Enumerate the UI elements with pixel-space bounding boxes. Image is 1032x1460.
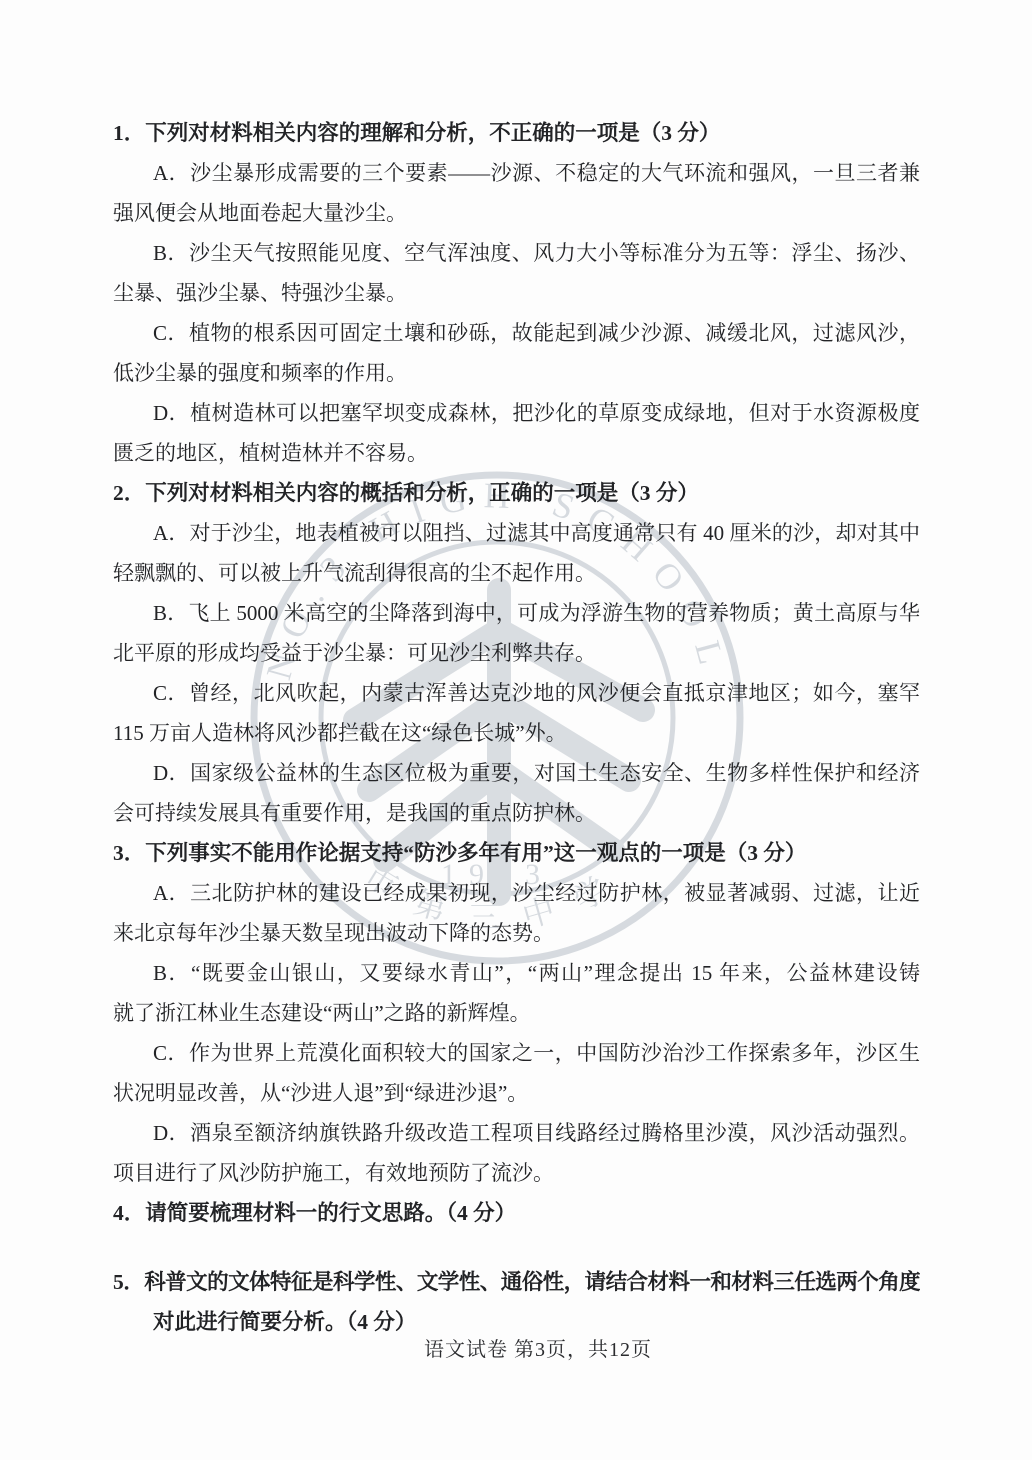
option-line: A．沙尘暴形成需要的三个要素——沙源、不稳定的大气环流和强风，一旦三者兼具， — [113, 153, 920, 193]
continuation-line: 就了浙江林业生态建设“两山”之路的新辉煌。 — [113, 993, 920, 1033]
continuation-line: 会可持续发展具有重要作用，是我国的重点防护林。 — [113, 793, 920, 833]
option-line: C．植物的根系因可固定土壤和砂砾，故能起到减少沙源、减缓北风，过滤风沙，降 — [113, 313, 920, 353]
option-line: C．曾经，北风吹起，内蒙古浑善达克沙地的风沙便会直抵京津地区；如今，塞罕坝 — [113, 673, 920, 713]
question-stem-line: 对此进行简要分析。（4 分） — [113, 1302, 920, 1342]
question-stem-line: 3．下列事实不能用作论据支持“防沙多年有用”这一观点的一项是（3 分） — [113, 833, 920, 873]
option-line: B．“既要金山银山，又要绿水青山”，“两山”理念提出 15 年来，公益林建设铸 — [113, 953, 920, 993]
continuation-line: 北平原的形成均受益于沙尘暴：可见沙尘利弊共存。 — [113, 633, 920, 673]
question-stem-line: 5．科普文的文体特征是科学性、文学性、通俗性，请结合材料一和材料三任选两个角度 — [113, 1262, 920, 1302]
continuation-line: 匮乏的地区，植树造林并不容易。 — [113, 433, 920, 473]
continuation-line: 项目进行了风沙防护施工，有效地预防了流沙。 — [113, 1153, 920, 1193]
option-line: B．沙尘天气按照能见度、空气浑浊度、风力大小等标准分为五等：浮尘、扬沙、沙 — [113, 233, 920, 273]
page-footer: 语文试卷 第3页，共12页 — [44, 1337, 1032, 1363]
continuation-line: 来北京每年沙尘暴天数呈现出波动下降的态势。 — [113, 913, 920, 953]
continuation-line: 轻飘飘的、可以被上升气流刮得很高的尘不起作用。 — [113, 553, 920, 593]
option-line: A．对于沙尘，地表植被可以阻挡、过滤其中高度通常只有 40 厘米的沙，却对其中 — [113, 513, 920, 553]
option-line: D．酒泉至额济纳旗铁路升级改造工程项目线路经过腾格里沙漠，风沙活动强烈。该 — [113, 1113, 920, 1153]
option-line: A．三北防护林的建设已经成果初现，沙尘经过防护林，被显著减弱、过滤，让近年 — [113, 873, 920, 913]
blank-gap — [113, 1233, 920, 1262]
continuation-line: 强风便会从地面卷起大量沙尘。 — [113, 193, 920, 233]
option-line: D．植树造林可以把塞罕坝变成森林，把沙化的草原变成绿地，但对于水资源极度 — [113, 393, 920, 433]
option-line: C．作为世界上荒漠化面积较大的国家之一，中国防沙治沙工作探索多年，沙区生态 — [113, 1033, 920, 1073]
continuation-line: 尘暴、强沙尘暴、特强沙尘暴。 — [113, 273, 920, 313]
question-stem-line: 4．请简要梳理材料一的行文思路。（4 分） — [113, 1193, 920, 1233]
question-stem-line: 1．下列对材料相关内容的理解和分析，不正确的一项是（3 分） — [113, 113, 920, 153]
exam-page: NO.3 HIGH SCHOOL 市第三中学 1923 1．下列对材料相关内容的… — [0, 0, 1032, 1460]
continuation-line: 低沙尘暴的强度和频率的作用。 — [113, 353, 920, 393]
option-line: D．国家级公益林的生态区位极为重要，对国土生态安全、生物多样性保护和经济社 — [113, 753, 920, 793]
continuation-line: 状况明显改善，从“沙进人退”到“绿进沙退”。 — [113, 1073, 920, 1113]
continuation-line: 115 万亩人造林将风沙都拦截在这“绿色长城”外。 — [113, 713, 920, 753]
question-text-block: 1．下列对材料相关内容的理解和分析，不正确的一项是（3 分）A．沙尘暴形成需要的… — [113, 113, 920, 1342]
option-line: B．飞上 5000 米高空的尘降落到海中，可成为浮游生物的营养物质；黄土高原与华 — [113, 593, 920, 633]
question-stem-line: 2．下列对材料相关内容的概括和分析，正确的一项是（3 分） — [113, 473, 920, 513]
